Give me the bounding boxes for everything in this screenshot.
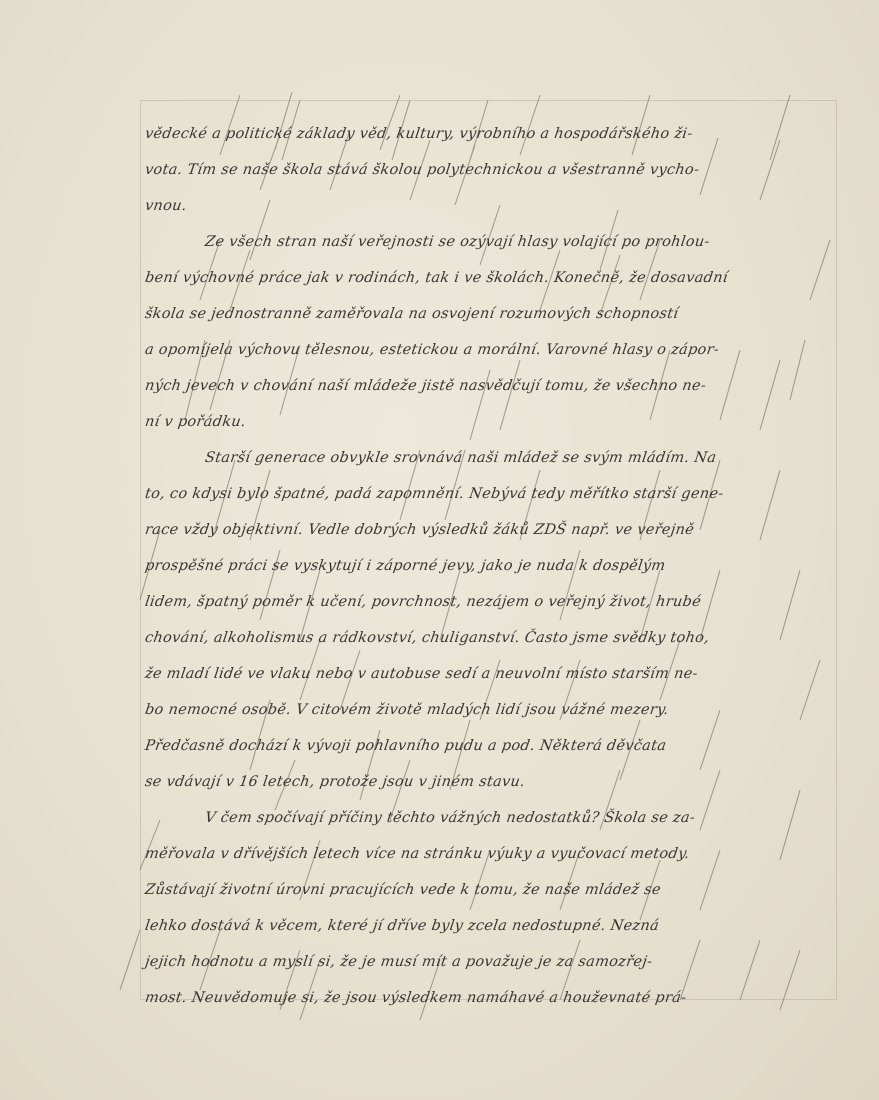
- text-line: vědecké a politické základy věd, kultury…: [144, 126, 694, 142]
- text-line: to, co kdysi bylo špatné, padá zapomnění…: [144, 486, 725, 502]
- text-line: Předčasně dochází k vývoji pohlavního pu…: [144, 738, 668, 754]
- text-line: se vdávají v 16 letech, protože jsou v j…: [144, 774, 526, 790]
- text-line: lehko dostává k věcem, které jí dříve by…: [144, 918, 660, 934]
- text-line: lidem, špatný poměr k učení, povrchnost,…: [144, 594, 702, 610]
- text-line: most. Neuvědomuje si, že jsou výsledkem …: [144, 990, 688, 1006]
- text-line: Starší generace obvykle srovnává naši ml…: [204, 450, 717, 466]
- text-line: ných jevech v chování naší mládeže jistě…: [144, 378, 707, 394]
- text-line: jejich hodnotu a myslí si, že je musí mí…: [144, 954, 654, 970]
- text-line: bení výchovné práce jak v rodinách, tak …: [144, 270, 729, 286]
- text-line: že mladí lidé ve vlaku nebo v autobuse s…: [144, 666, 699, 682]
- text-line: vota. Tím se naše škola stává školou pol…: [144, 162, 700, 178]
- text-line: race vždy objektivní. Vedle dobrých výsl…: [144, 522, 695, 538]
- text-line: a opomíjela výchovu tělesnou, estetickou…: [144, 342, 720, 358]
- text-line: ní v pořádku.: [144, 414, 247, 430]
- text-line: bo nemocné osobě. V citovém životě mladý…: [144, 702, 670, 718]
- text-line: V čem spočívají příčiny těchto vážných n…: [204, 810, 696, 826]
- text-line: chování, alkoholismus a rádkovství, chul…: [144, 630, 710, 646]
- text-line: škola se jednostranně zaměřovala na osvo…: [144, 306, 679, 322]
- text-line: Zůstávají životní úrovni pracujících ved…: [144, 882, 662, 898]
- text-line: prospěšné práci se vyskytují i záporné j…: [144, 558, 667, 574]
- text-line: vnou.: [144, 198, 188, 214]
- text-line: měřovala v dřívějších letech více na str…: [144, 846, 691, 862]
- text-line: Ze všech stran naší veřejnosti se ozývaj…: [204, 234, 711, 250]
